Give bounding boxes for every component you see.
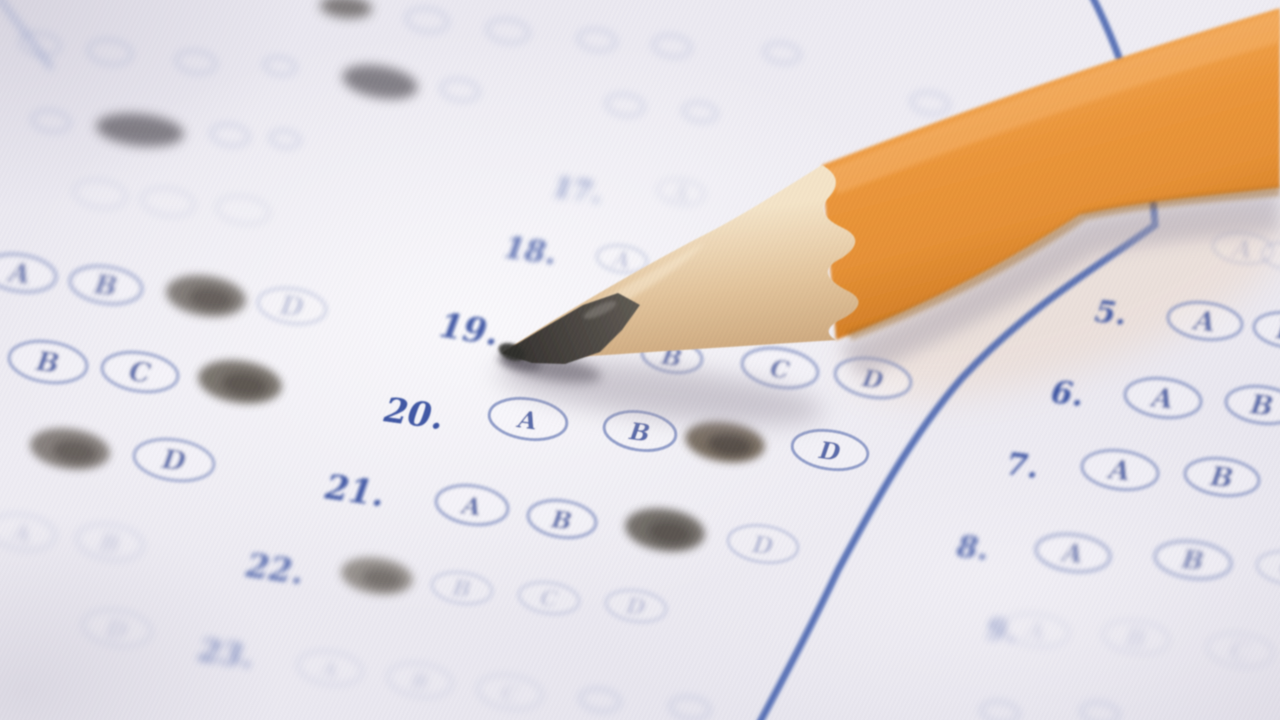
- row-6: 6.AB: [1049, 374, 1280, 427]
- faint-bubble-mark: [579, 686, 622, 713]
- answer-bubble: [72, 178, 127, 211]
- answer-bubble: [140, 186, 195, 219]
- faint-bubble-mark: [210, 122, 251, 148]
- faint-bubble-mark: [669, 694, 712, 720]
- faint-bubble-mark: [682, 100, 718, 123]
- answer-bubble-letter: B: [627, 416, 652, 448]
- answer-bubble-letter: D: [817, 435, 843, 467]
- faint-bubble-mark: [87, 37, 134, 67]
- answer-bubble-letter: B: [1179, 545, 1205, 578]
- lrow-5: D: [81, 606, 153, 649]
- answer-bubble-letter: D: [750, 529, 776, 561]
- answer-bubble-letter: B: [1123, 622, 1149, 653]
- answer-bubble-letter: D: [159, 444, 188, 478]
- question-number: 5.: [1093, 294, 1128, 333]
- answer-bubble-letter: B: [450, 575, 473, 603]
- answer-bubble-letter: C: [1228, 635, 1251, 666]
- answer-bubble-letter: B: [1208, 461, 1235, 495]
- faint-bubble-mark: [605, 92, 646, 118]
- faint-bubble-mark: [980, 699, 1021, 720]
- stray-pencil-smudge: [340, 60, 420, 105]
- lrow-2: BC: [7, 337, 285, 409]
- lrow-4: AB: [0, 511, 145, 564]
- faint-bubble-mark: [652, 33, 693, 59]
- question-number: 22.: [243, 545, 306, 592]
- question-number: 17.: [551, 170, 604, 209]
- faint-bubble-mark: [1080, 700, 1121, 720]
- question-number: 8.: [954, 529, 990, 568]
- question-number: 23.: [196, 632, 255, 675]
- faint-bubble-mark: [486, 17, 531, 46]
- row-17: 17.A: [551, 170, 705, 209]
- lrow-0: [72, 178, 270, 227]
- scantron-photo-canvas: 17.A18.A19.BCD20.ABD21.ABD22.BCD23.ABCA5…: [0, 0, 1280, 720]
- stray-pencil-smudge: [319, 0, 373, 20]
- faint-bubble-mark: [31, 108, 72, 134]
- faint-bubble-mark: [763, 41, 801, 66]
- lrow-3: D: [28, 424, 217, 486]
- answer-bubble-letter: D: [624, 593, 648, 622]
- answer-bubble-letter: D: [104, 613, 130, 645]
- row-23: 23.ABC: [196, 632, 544, 712]
- answer-bubble: [1255, 548, 1280, 588]
- answer-bubble-letter: B: [91, 269, 119, 303]
- stray-pencil-smudge: [95, 109, 186, 150]
- row-18: 18.A: [502, 230, 649, 275]
- answer-bubble-letter: B: [549, 504, 574, 536]
- row-9: 9.ABC: [985, 610, 1275, 670]
- row-8: 8.ABC: [954, 529, 1280, 588]
- lrow-1: ABD: [0, 250, 328, 327]
- faint-bubble-mark: [19, 30, 62, 57]
- answer-bubble-letter: B: [33, 346, 61, 380]
- faint-bubble-mark: [577, 27, 618, 53]
- faint-bubble-mark: [175, 48, 218, 75]
- faint-bubble-mark: [269, 129, 301, 150]
- faint-bubble-mark: [263, 55, 297, 77]
- question-number: 19.: [437, 305, 502, 354]
- row-21: 21.ABD: [322, 467, 800, 567]
- answer-bubble-letter: D: [277, 290, 306, 324]
- faint-bubble-mark: [910, 90, 951, 116]
- faint-bubble-mark: [405, 6, 450, 35]
- answer-bubble: [215, 194, 270, 227]
- question-number: 7.: [1004, 446, 1041, 486]
- photo-scantron-answer-sheet-with-pencil: 17.A18.A19.BCD20.ABD21.ABD22.BCD23.ABCA5…: [0, 0, 1280, 720]
- row-7: 7.AB: [1004, 446, 1261, 499]
- answer-bubble-letter: B: [1248, 389, 1275, 423]
- faint-bubble-mark: [440, 77, 481, 103]
- question-number: 18.: [502, 230, 559, 272]
- answer-bubble-letter: B: [408, 667, 430, 694]
- row-22: 22.BCD: [243, 545, 668, 625]
- question-number: 6.: [1049, 374, 1086, 414]
- answer-bubble-letter: B: [97, 527, 122, 559]
- question-number: 20.: [381, 390, 446, 438]
- question-number: 21.: [322, 467, 387, 515]
